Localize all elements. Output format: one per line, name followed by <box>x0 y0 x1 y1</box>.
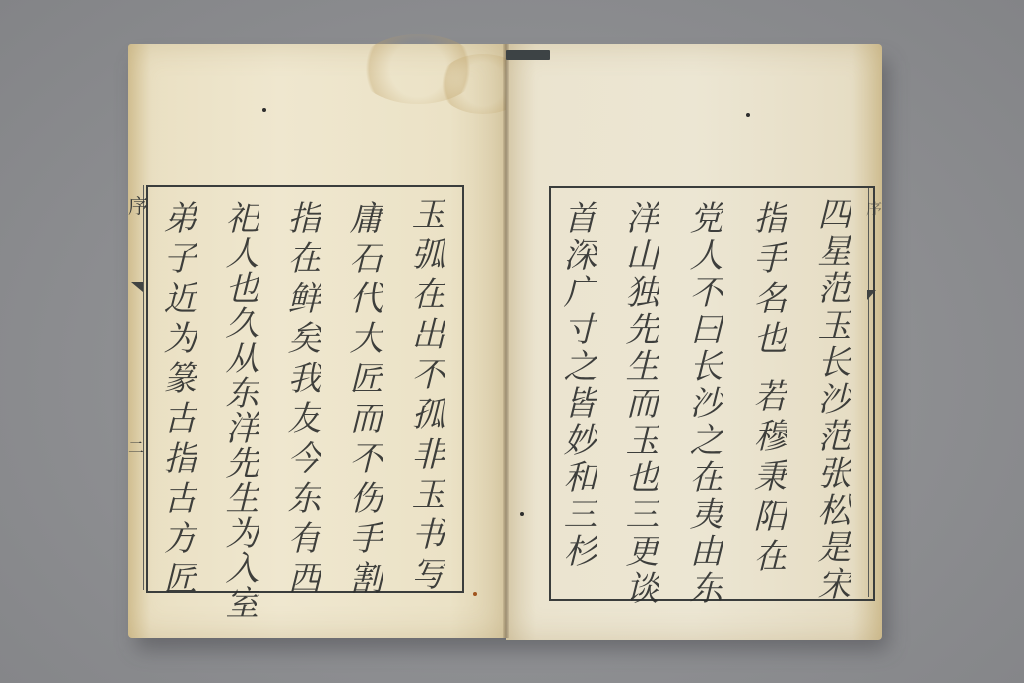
ink-spot <box>746 113 750 117</box>
binding-thread <box>506 50 550 60</box>
book-gutter <box>503 44 509 638</box>
left-margin-title: 序 <box>128 190 148 219</box>
ink-spot <box>520 512 524 516</box>
ink-spot <box>473 592 477 596</box>
fishtail-mark-left <box>131 282 143 292</box>
text-column: 弟子近为篆古指古方匠 <box>160 200 194 600</box>
text-column: 指手名也 <box>750 200 784 360</box>
text-column: 若穆秉阳在 <box>750 378 784 578</box>
left-page-number: 二 <box>128 435 144 458</box>
text-column: 党人不曰长沙之在夷由东 <box>686 200 720 607</box>
text-column: 首深广寸之皆妙和三杉 <box>560 200 594 570</box>
ink-spot <box>262 108 266 112</box>
text-column: 玉弧在出不孤非玉书写 <box>408 196 442 596</box>
text-column: 四星范玉长沙范张松是宋 <box>814 196 848 603</box>
text-column: 指在鲜矣我友今东有西 <box>284 200 318 600</box>
text-column: 洋山独先生而玉也三更谈 <box>622 200 656 607</box>
text-column: 庸石代大匠而不伤手割 <box>346 200 380 600</box>
left-margin-rule <box>143 185 144 590</box>
text-column: 祀人也久从东洋先生为入室 <box>222 200 256 620</box>
